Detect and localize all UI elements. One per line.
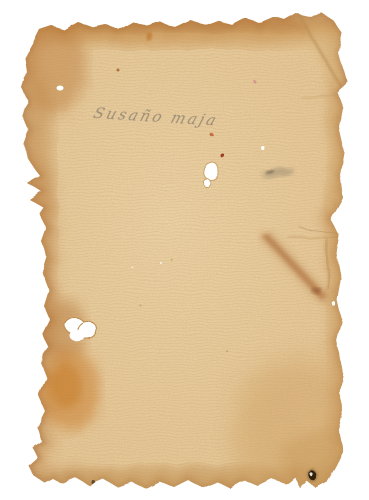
paper-grain-texture bbox=[0, 0, 369, 500]
red-speck-bottom bbox=[306, 484, 309, 487]
grommet-highlight bbox=[310, 473, 313, 476]
pinhole bbox=[261, 146, 265, 150]
scan-background: Susaño maja bbox=[0, 0, 369, 500]
pinhole bbox=[331, 301, 336, 306]
micro-hole bbox=[132, 267, 134, 269]
pinhole bbox=[56, 85, 64, 91]
aged-paper-photo bbox=[0, 0, 369, 500]
micro-hole bbox=[159, 261, 161, 263]
grommet-hole bbox=[308, 471, 319, 482]
paper-sheet bbox=[0, 0, 369, 500]
